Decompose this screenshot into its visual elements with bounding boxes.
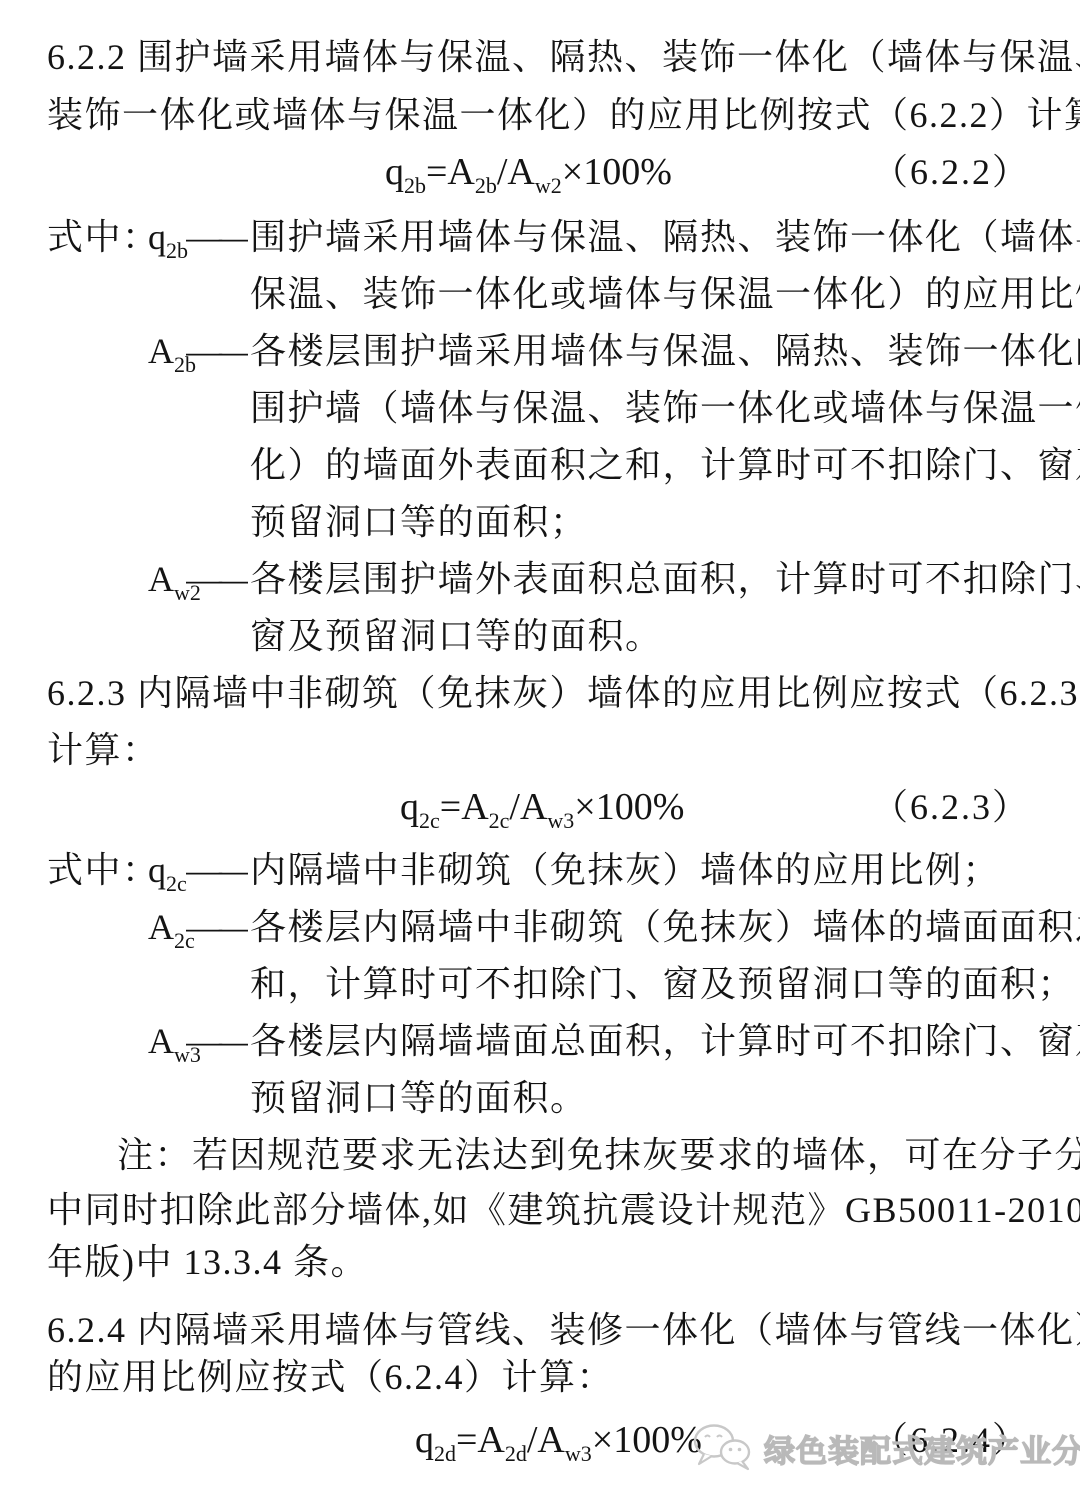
definition-A2b-line-1: A2b —— 各楼层围护墙采用墙体与保温、隔热、装饰一体化的 — [0, 326, 1080, 376]
note-line-1: 注：若因规范要求无法达到免抹灰要求的墙体，可在分子分母 — [0, 1130, 1080, 1180]
definition-dash: —— — [186, 902, 248, 952]
wechat-icon — [692, 1422, 754, 1474]
definition-Aw3-line-2: 预留洞口等的面积。 — [0, 1073, 1080, 1123]
definition-Aw3-line-1: Aw3 —— 各楼层内隔墙墙面总面积，计算时可不扣除门、窗及 — [0, 1016, 1080, 1066]
note-line-2: 中同时扣除此部分墙体,如《建筑抗震设计规范》GB50011-2010(2016 — [0, 1185, 1080, 1235]
definition-Aw2-line-1: Aw2 —— 各楼层围护墙外表面积总面积，计算时可不扣除门、 — [0, 554, 1080, 604]
symbol-q2c: q2c — [148, 845, 187, 895]
definition-dash: —— — [186, 845, 248, 895]
equation-number-623: （6.2.3） — [872, 782, 1030, 832]
clause-622-line-2: 装饰一体化或墙体与保温一体化）的应用比例按式（6.2.2）计算： — [0, 90, 1080, 140]
where-label: 式中： — [47, 212, 160, 262]
where-label: 式中： — [47, 845, 160, 895]
watermark: 绿色装配式建筑产业分会 — [692, 1418, 1080, 1478]
definition-dash: —— — [186, 326, 248, 376]
definition-dash: —— — [186, 554, 248, 604]
equation-row-622: q2b=A2b/Aw2×100% （6.2.2） — [0, 147, 1080, 197]
definition-dash: —— — [186, 1016, 248, 1066]
definition-Aw2-line-2: 窗及预留洞口等的面积。 — [0, 611, 1080, 661]
definition-A2b-line-3: 化）的墙面外表面积之和，计算时可不扣除门、窗及 — [0, 440, 1080, 490]
definition-A2c-line-1: A2c —— 各楼层内隔墙中非砌筑（免抹灰）墙体的墙面面积之 — [0, 902, 1080, 952]
definition-A2b-line-2: 围护墙（墙体与保温、装饰一体化或墙体与保温一体 — [0, 383, 1080, 433]
equation-number-622: （6.2.2） — [872, 147, 1030, 197]
equation-624: q2d=A2d/Aw3×100% — [415, 1415, 702, 1465]
definition-q2b-line-1: 式中： q2b —— 围护墙采用墙体与保温、隔热、装饰一体化（墙体与 — [0, 212, 1080, 262]
definition-dash: —— — [186, 212, 248, 262]
clause-622-line-1: 6.2.2 围护墙采用墙体与保温、隔热、装饰一体化（墙体与保温、 — [0, 32, 1080, 82]
equation-row-623: q2c=A2c/Aw3×100% （6.2.3） — [0, 782, 1080, 832]
equation-622: q2b=A2b/Aw2×100% — [385, 147, 672, 197]
clause-624-line-1: 6.2.4 内隔墙采用墙体与管线、装修一体化（墙体与管线一体化） — [0, 1305, 1080, 1355]
clause-624-line-2: 的应用比例应按式（6.2.4）计算： — [0, 1352, 1080, 1402]
watermark-text: 绿色装配式建筑产业分会 — [764, 1426, 1080, 1471]
definition-A2c-line-2: 和，计算时可不扣除门、窗及预留洞口等的面积； — [0, 959, 1080, 1009]
clause-623-line-2: 计算： — [0, 725, 1080, 775]
equation-623: q2c=A2c/Aw3×100% — [400, 782, 684, 832]
document-page: 6.2.2 围护墙采用墙体与保温、隔热、装饰一体化（墙体与保温、 装饰一体化或墙… — [0, 0, 1080, 1498]
definition-q2c-line-1: 式中： q2c —— 内隔墙中非砌筑（免抹灰）墙体的应用比例； — [0, 845, 1080, 895]
note-line-3: 年版)中 13.3.4 条。 — [0, 1237, 1080, 1287]
definition-q2b-line-2: 保温、装饰一体化或墙体与保温一体化）的应用比例； — [0, 269, 1080, 319]
symbol-q2b: q2b — [148, 212, 188, 262]
definition-A2b-line-4: 预留洞口等的面积； — [0, 497, 1080, 547]
clause-623-line-1: 6.2.3 内隔墙中非砌筑（免抹灰）墙体的应用比例应按式（6.2.3） — [0, 668, 1080, 718]
